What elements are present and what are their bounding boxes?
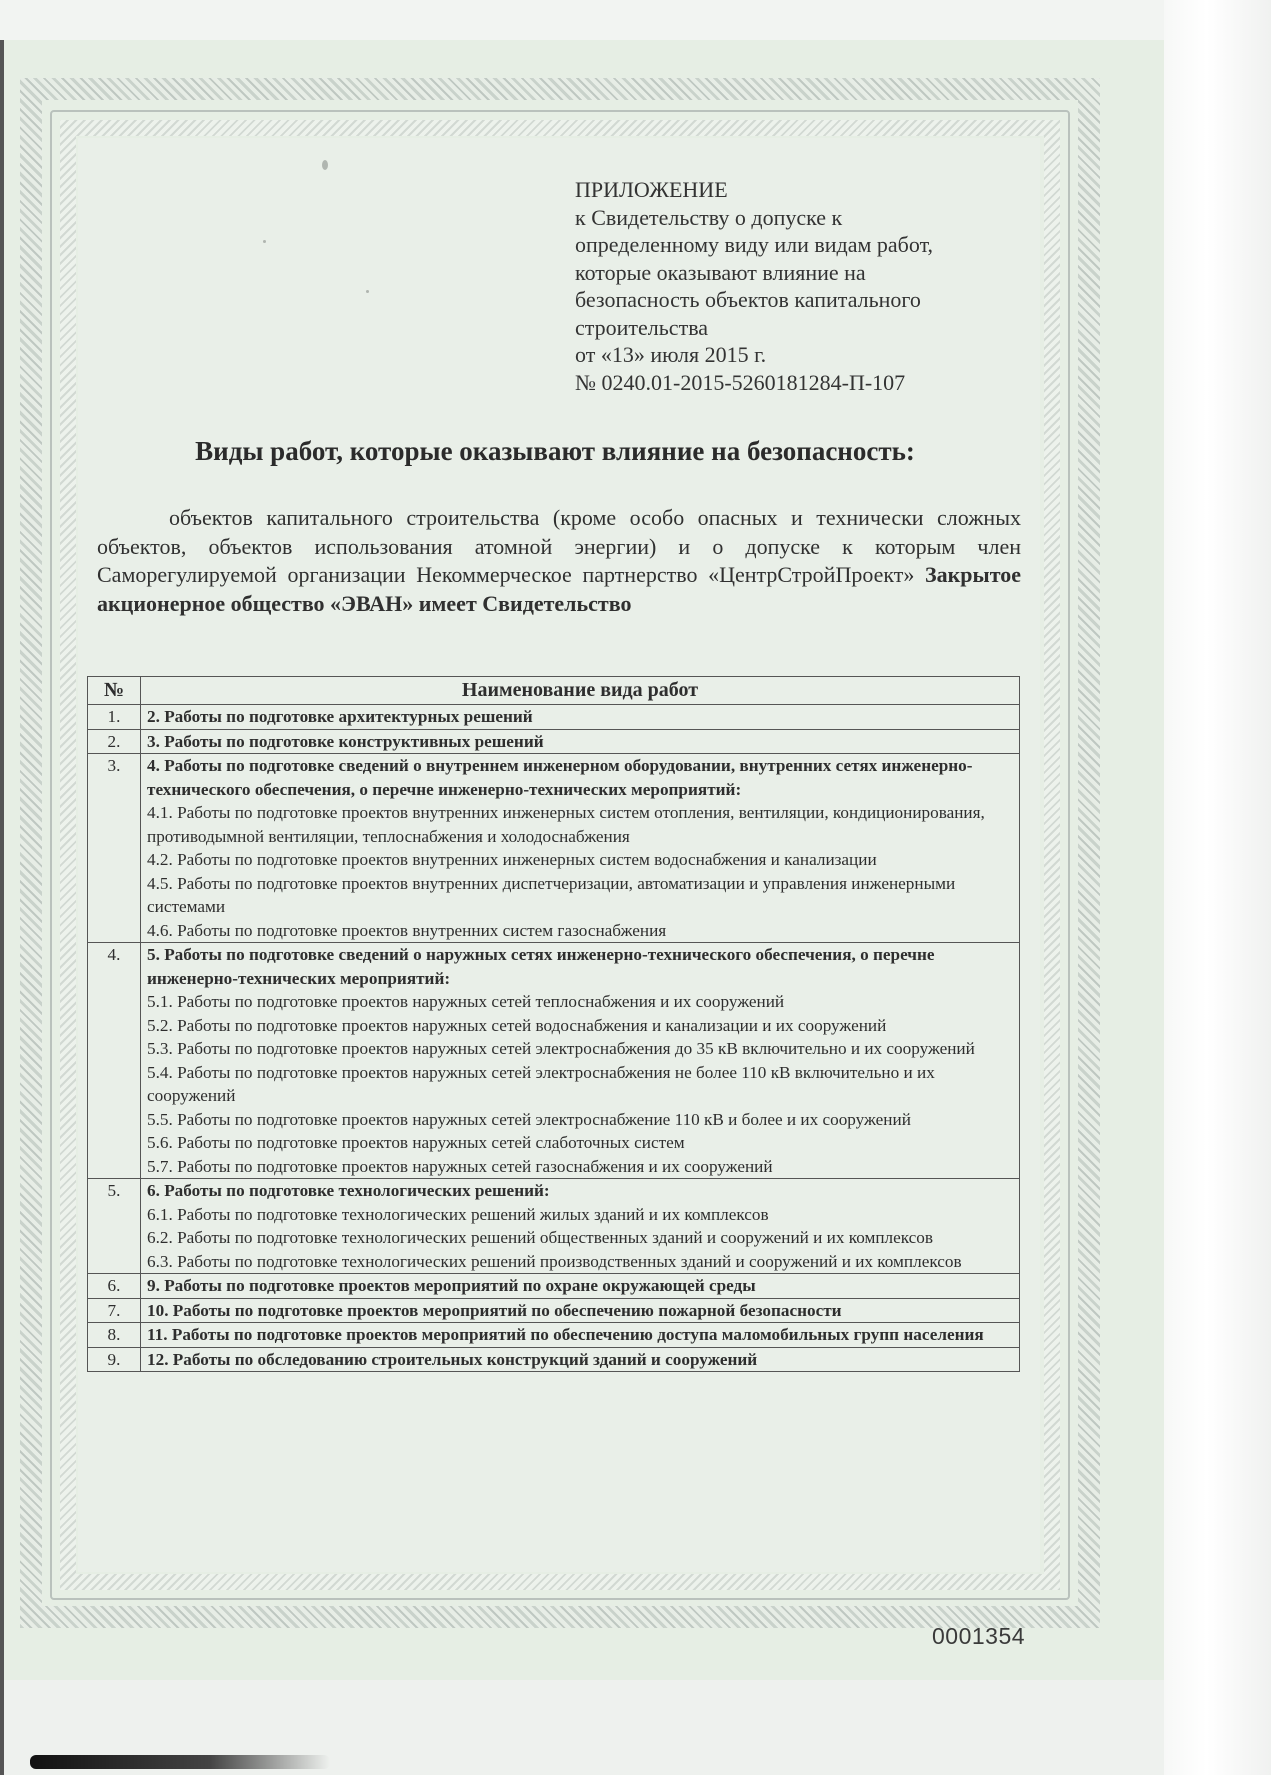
work-category: 4. Работы по подготовке сведений о внутр… xyxy=(147,754,1013,801)
row-number: 9. xyxy=(88,1347,141,1372)
work-category: 2. Работы по подготовке архитектурных ре… xyxy=(147,705,1013,729)
table-row: 7.10. Работы по подготовке проектов меро… xyxy=(88,1298,1020,1323)
row-number: 8. xyxy=(88,1323,141,1348)
work-category: 5. Работы по подготовке сведений о наруж… xyxy=(147,943,1013,990)
appendix-line: определенному виду или видам работ, xyxy=(575,231,1015,259)
row-number: 7. xyxy=(88,1298,141,1323)
appendix-line: безопасность объектов капитального xyxy=(575,286,1015,314)
work-subitem: 4.1. Работы по подготовке проектов внутр… xyxy=(147,801,1013,848)
work-category: 12. Работы по обследованию строительных … xyxy=(147,1348,1013,1372)
work-description: 11. Работы по подготовке проектов меропр… xyxy=(141,1323,1020,1348)
work-subitem: 6.3. Работы по подготовке технологически… xyxy=(147,1250,1013,1274)
table-row: 4.5. Работы по подготовке сведений о нар… xyxy=(88,943,1020,1179)
page-edge xyxy=(0,40,4,1775)
work-category: 11. Работы по подготовке проектов меропр… xyxy=(147,1323,1013,1347)
table-body: 1.2. Работы по подготовке архитектурных … xyxy=(88,705,1020,1372)
work-subitem: 6.2. Работы по подготовке технологически… xyxy=(147,1226,1013,1250)
work-subitem: 4.5. Работы по подготовке проектов внутр… xyxy=(147,872,1013,919)
row-number: 6. xyxy=(88,1274,141,1299)
work-description: 9. Работы по подготовке проектов меропри… xyxy=(141,1274,1020,1299)
certificate-number: № 0240.01-2015-5260181284-П-107 xyxy=(575,369,1015,397)
work-description: 4. Работы по подготовке сведений о внутр… xyxy=(141,754,1020,943)
work-subitem: 6.1. Работы по подготовке технологически… xyxy=(147,1203,1013,1227)
work-description: 3. Работы по подготовке конструктивных р… xyxy=(141,729,1020,754)
table-row: 8.11. Работы по подготовке проектов меро… xyxy=(88,1323,1020,1348)
work-description: 10. Работы по подготовке проектов меропр… xyxy=(141,1298,1020,1323)
scan-speck xyxy=(366,290,369,293)
scan-speck xyxy=(263,240,266,243)
work-description: 2. Работы по подготовке архитектурных ре… xyxy=(141,705,1020,730)
appendix-label: ПРИЛОЖЕНИЕ xyxy=(575,176,1015,204)
intro-paragraph: объектов капитального строительства (кро… xyxy=(97,504,1021,618)
row-number: 5. xyxy=(88,1179,141,1274)
work-subitem: 5.2. Работы по подготовке проектов наруж… xyxy=(147,1014,1013,1038)
document-title: Виды работ, которые оказывают влияние на… xyxy=(90,436,1020,467)
scanner-background xyxy=(1164,0,1271,1775)
scan-speck xyxy=(322,160,328,170)
appendix-line: к Свидетельству о допуске к xyxy=(575,204,1015,232)
work-category: 6. Работы по подготовке технологических … xyxy=(147,1179,1013,1203)
work-description: 5. Работы по подготовке сведений о наруж… xyxy=(141,943,1020,1179)
work-subitem: 5.4. Работы по подготовке проектов наруж… xyxy=(147,1061,1013,1108)
table-row: 6.9. Работы по подготовке проектов мероп… xyxy=(88,1274,1020,1299)
work-subitem: 5.7. Работы по подготовке проектов наруж… xyxy=(147,1155,1013,1179)
appendix-line: строительства xyxy=(575,314,1015,342)
work-subitem: 4.2. Работы по подготовке проектов внутр… xyxy=(147,848,1013,872)
work-category: 10. Работы по подготовке проектов меропр… xyxy=(147,1299,1013,1323)
work-subitem: 5.6. Работы по подготовке проектов наруж… xyxy=(147,1131,1013,1155)
work-description: 6. Работы по подготовке технологических … xyxy=(141,1179,1020,1274)
table-row: 3.4. Работы по подготовке сведений о вну… xyxy=(88,754,1020,943)
appendix-header: ПРИЛОЖЕНИЕ к Свидетельству о допуске к о… xyxy=(575,176,1015,396)
work-subitem: 5.5. Работы по подготовке проектов наруж… xyxy=(147,1108,1013,1132)
serial-number: 0001354 xyxy=(932,1623,1025,1650)
table-row: 9.12. Работы по обследованию строительны… xyxy=(88,1347,1020,1372)
work-category: 9. Работы по подготовке проектов меропри… xyxy=(147,1274,1013,1298)
intro-text: объектов капитального строительства (кро… xyxy=(97,505,1021,587)
table-header-row: № Наименование вида работ xyxy=(88,677,1020,705)
appendix-line: которые оказывают влияние на xyxy=(575,259,1015,287)
row-number: 2. xyxy=(88,729,141,754)
scan-smudge xyxy=(30,1755,330,1769)
column-header-work-name: Наименование вида работ xyxy=(141,677,1020,705)
work-subitem: 5.1. Работы по подготовке проектов наруж… xyxy=(147,990,1013,1014)
work-description: 12. Работы по обследованию строительных … xyxy=(141,1347,1020,1372)
work-subitem: 4.6. Работы по подготовке проектов внутр… xyxy=(147,919,1013,943)
table-row: 1.2. Работы по подготовке архитектурных … xyxy=(88,705,1020,730)
column-header-number: № xyxy=(88,677,141,705)
table-row: 2.3. Работы по подготовке конструктивных… xyxy=(88,729,1020,754)
appendix-date: от «13» июля 2015 г. xyxy=(575,341,1015,369)
row-number: 1. xyxy=(88,705,141,730)
table-row: 5.6. Работы по подготовке технологически… xyxy=(88,1179,1020,1274)
row-number: 4. xyxy=(88,943,141,1179)
work-category: 3. Работы по подготовке конструктивных р… xyxy=(147,730,1013,754)
works-table: № Наименование вида работ 1.2. Работы по… xyxy=(87,676,1020,1372)
row-number: 3. xyxy=(88,754,141,943)
work-subitem: 5.3. Работы по подготовке проектов наруж… xyxy=(147,1037,1013,1061)
